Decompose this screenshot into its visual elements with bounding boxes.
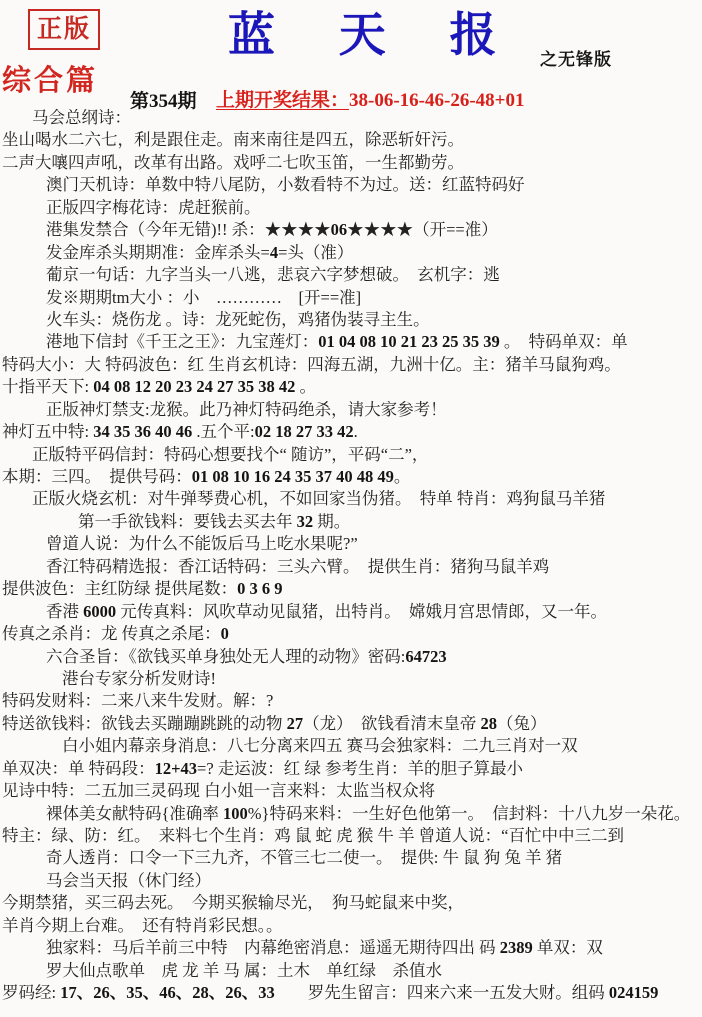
text-line: 独家料：马后羊前三中特 内幕绝密消息：遥遥无期待四出 码 2389 单双：双 xyxy=(0,937,702,959)
text-line: 港台专家分析发财诗! xyxy=(0,668,702,690)
text-line: 马会总纲诗： xyxy=(0,107,702,129)
text-line: 十指平天下: 04 08 12 20 23 24 27 35 38 42 。 xyxy=(0,376,702,398)
text-line: 二声大嚷四声吼，改革有出路。戏呼二七吹玉笛，一生都勤劳。 xyxy=(0,152,702,174)
text-line: 发※期期tm大小 ：小 ………… [开==准] xyxy=(0,287,702,309)
text-line: 坐山喝水二六七，利是跟住走。南来南往是四五，除恶斩奸污。 xyxy=(0,129,702,151)
text-line: 见诗中特：二五加三灵码现 白小姐一言来料：太监当权众将 xyxy=(0,780,702,802)
section-label: 综合篇 xyxy=(2,58,98,99)
text-line: 今期禁猪，买三码去死。 今期买猴输尽光， 狗马蛇鼠来中奖， xyxy=(0,892,702,914)
text-line: 马会当天报（休门经） xyxy=(0,870,702,892)
text-line: 裸体美女献特码{准确率 100%}特码来料：一生好色他第一。 信封料：十八九岁一… xyxy=(0,803,702,825)
text-line: 特送欲钱料：欲钱去买蹦蹦跳跳的动物 27（龙） 欲钱看清末皇帝 28（兔） xyxy=(0,713,702,735)
text-line: 特码大小：大 特码波色：红 生肖玄机诗：四海五湖，九洲十亿。主：猪羊马鼠狗鸡。 xyxy=(0,354,702,376)
text-line: 香港 6000 元传真料：风吹草动见鼠猪，出特肖。 嫦娥月宫思情郎，又一年。 xyxy=(0,601,702,623)
text-line: 单双决：单 特码段：12+43=? 走运波：红 绿 参考生肖：羊的胆子算最小 xyxy=(0,758,702,780)
text-line: 正版神灯禁支:龙猴。此乃神灯特码绝杀，请大家参考！ xyxy=(0,399,702,421)
text-line: 特码发财料：二来八来牛发财。解：? xyxy=(0,690,702,712)
text-line: 正版四字梅花诗：虎赶猴前。 xyxy=(0,197,702,219)
text-line: 曾道人说：为什么不能饭后马上吃水果呢?” xyxy=(0,533,702,555)
paper-title: 蓝 天 报 xyxy=(228,0,523,65)
text-line: 六合圣旨：《欲钱买单身独处无人理的动物》密码:64723 xyxy=(0,646,702,668)
text-line: 葡京一句话：九字当头一八逃，悲哀六字梦想破。 玄机字：逃 xyxy=(0,264,702,286)
text-line: 提供波色：主红防绿 提供尾数：0 3 6 9 xyxy=(0,578,702,600)
text-line: 特主：绿、防：红。 来料七个生肖：鸡 鼠 蛇 虎 猴 牛 羊 曾道人说：“百忙中… xyxy=(0,825,702,847)
text-line: 澳门天机诗：单数中特八尾防，小数看特不为过。送：红蓝特码好 xyxy=(0,174,702,196)
text-line: 正版特平码信封：特码心想要找个“ 随访”，平码“二”， xyxy=(0,444,702,466)
text-line: 本期：三四。 提供号码：01 08 10 16 24 35 37 40 48 4… xyxy=(0,466,702,488)
edition-label: 之无锋版 xyxy=(540,45,612,70)
authenticity-stamp: 正版 xyxy=(28,9,100,50)
text-line: 罗码经: 17、26、35、46、28、26、33 罗先生留言：四来六来一五发大… xyxy=(0,982,702,1004)
text-line: 第一手欲钱料：要钱去买去年 32 期。 xyxy=(0,511,702,533)
text-line: 神灯五中特: 34 35 36 40 46 .五个平:02 18 27 33 4… xyxy=(0,421,702,443)
text-line: 羊肖今期上台难。 还有特肖彩民想。。 xyxy=(0,915,702,937)
body-text: 马会总纲诗：坐山喝水二六七，利是跟住走。南来南往是四五，除恶斩奸污。二声大嚷四声… xyxy=(0,107,702,1005)
text-line: 港集发禁合（今年无错)!! 杀：★★★★06★★★★（开==准） xyxy=(0,219,702,241)
text-line: 传真之杀肖：龙 传真之杀尾：0 xyxy=(0,623,702,645)
text-line: 正版火烧玄机：对牛弹琴费心机，不如回家当伪猪。 特单 特肖：鸡狗鼠马羊猪 xyxy=(0,488,702,510)
newspaper-page: 正版 蓝 天 报 之无锋版 综合篇 第354期 上期开奖结果：38-06-16-… xyxy=(0,0,702,1017)
text-line: 火车头：烧伤龙 。诗：龙死蛇伤，鸡猪伪装寻主生。 xyxy=(0,309,702,331)
text-line: 奇人透肖：口令一下三九齐，不管三七二使一。 提供: 牛 鼠 狗 兔 羊 猪 xyxy=(0,847,702,869)
text-line: 白小姐内幕亲身消息：八七分离来四五 赛马会独家料：二九三肖对一双 xyxy=(0,735,702,757)
text-line: 罗大仙点歌单 虎 龙 羊 马 属：土木 单红绿 杀值水 xyxy=(0,960,702,982)
text-line: 港地下信封《千王之王》：九宝莲灯：01 04 08 10 21 23 25 35… xyxy=(0,331,702,353)
text-line: 香江特码精选报：香江话特码：三头六臂。 提供生肖：猪狗马鼠羊鸡 xyxy=(0,556,702,578)
text-line: 发金库杀头期期准：金库杀头=4=头（准） xyxy=(0,242,702,264)
